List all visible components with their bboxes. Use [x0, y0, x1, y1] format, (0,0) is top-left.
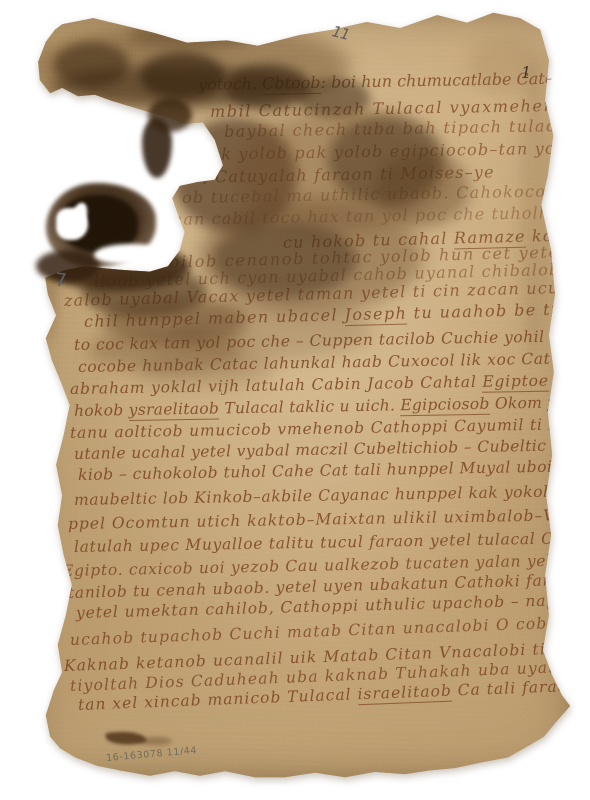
burn-stain [82, 266, 207, 318]
ink-smudge [105, 729, 146, 747]
stain-layer [0, 0, 590, 800]
burn-stain [225, 64, 310, 110]
water-stain [88, 328, 243, 372]
ink-smudge [140, 737, 172, 745]
burn-stain [54, 42, 129, 87]
burn-stain [40, 22, 350, 110]
burn-stain [298, 78, 370, 118]
burn-stain [128, 20, 253, 48]
water-stain [198, 198, 423, 313]
water-stain [375, 152, 470, 227]
water-stain [230, 108, 445, 233]
burn-stain [328, 115, 443, 205]
manuscript-page: yotoch. Cbtoob: boi hun chumucatlabe Cat… [30, 12, 575, 778]
foxing-stain [40, 80, 60, 340]
water-stain [102, 296, 247, 346]
page-shadow: yotoch. Cbtoob: boi hun chumucatlabe Cat… [0, 0, 590, 800]
foxing-stain [520, 60, 548, 360]
burn-stain [212, 222, 357, 297]
burn-stain [172, 118, 297, 233]
burn-stain [45, 243, 190, 291]
manuscript-text: – –– [549, 371, 586, 390]
water-stain [168, 298, 373, 360]
burn-stain [50, 66, 305, 106]
water-stain [138, 350, 273, 388]
foxing-stain [468, 38, 543, 93]
burn-stain [140, 52, 225, 100]
photo-background: yotoch. Cbtoob: boi hun chumucatlabe Cat… [0, 0, 590, 800]
